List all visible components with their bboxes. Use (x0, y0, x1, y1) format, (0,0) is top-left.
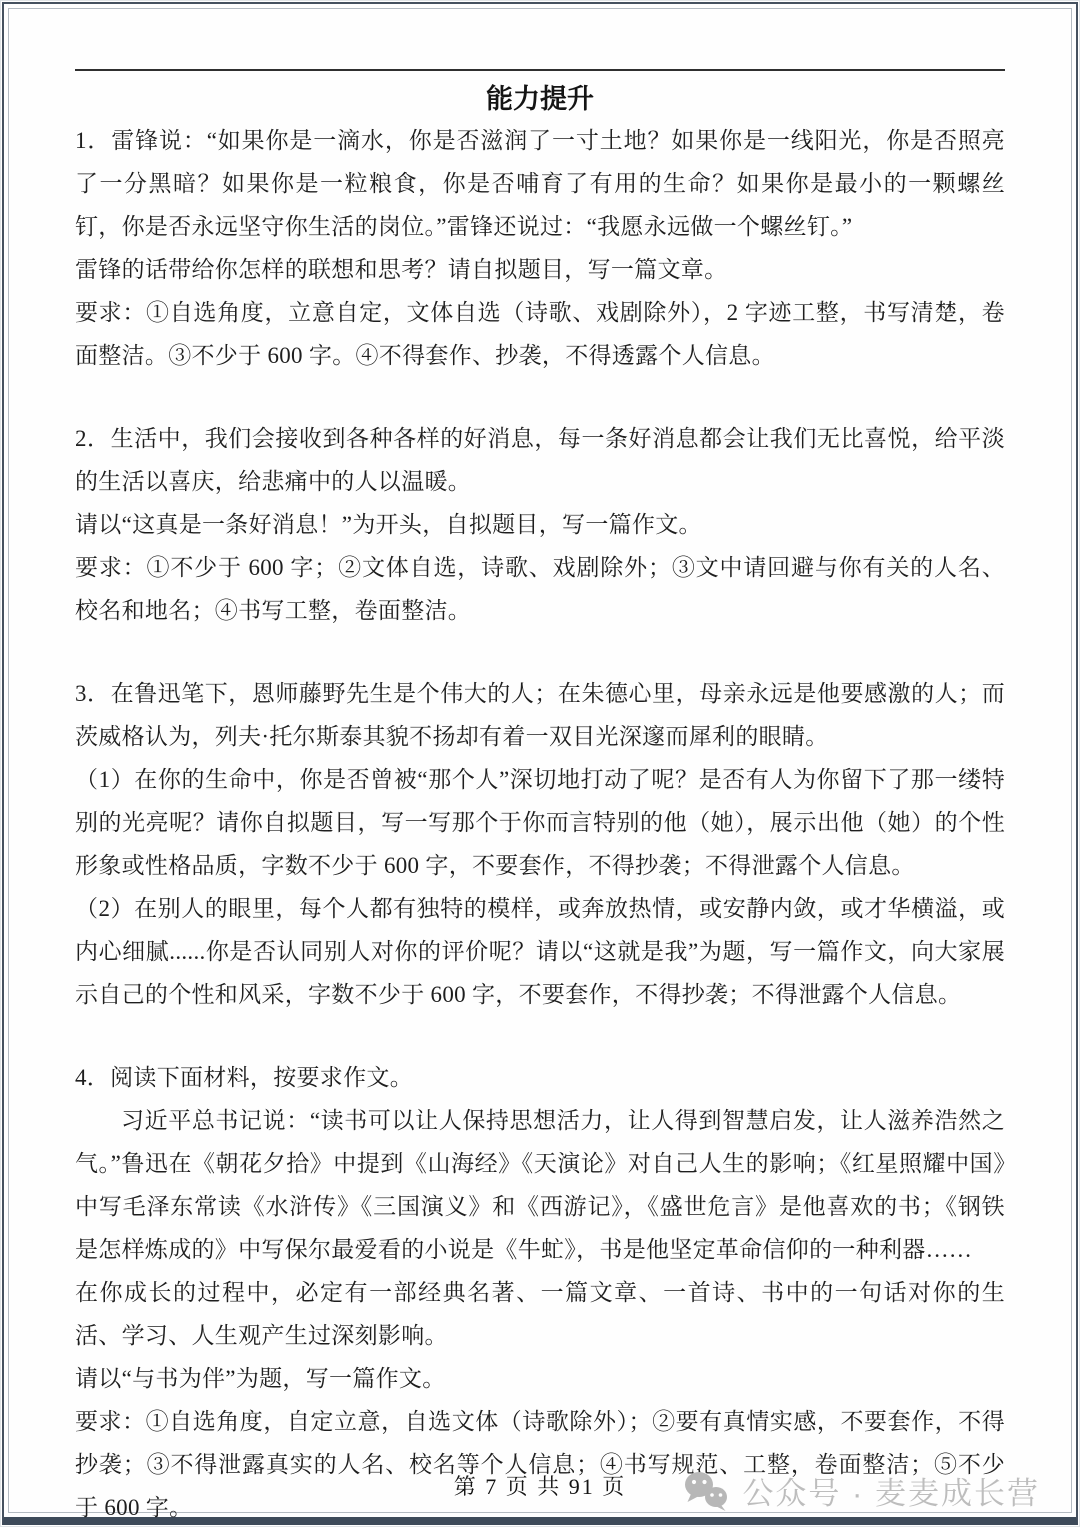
question-1-requirements: 要求：①自选角度，立意自定，文体自选（诗歌、戏剧除外），2 字迹工整，书写清楚，… (75, 291, 1005, 377)
question-3-subtask-1: （1）在你的生命中，你是否曾被“那个人”深切地打动了呢？是否有人为你留下了那一缕… (75, 758, 1005, 887)
body-text: 1．雷锋说：“如果你是一滴水，你是否滋润了一寸土地？如果你是一线阳光，你是否照亮… (75, 119, 1005, 1527)
question-4-task: 请以“与书为伴”为题，写一篇作文。 (75, 1357, 1005, 1400)
question-4-context: 在你成长的过程中，必定有一部经典名著、一篇文章、一首诗、书中的一句话对你的生活、… (75, 1271, 1005, 1357)
question-2-prompt: 2．生活中，我们会接收到各种各样的好消息，每一条好消息都会让我们无比喜悦，给平淡… (75, 417, 1005, 503)
question-2-requirements: 要求：①不少于 600 字；②文体自选，诗歌、戏剧除外；③文中请回避与你有关的人… (75, 546, 1005, 632)
question-3-prompt: 3．在鲁迅笔下，恩师藤野先生是个伟大的人；在朱德心里，母亲永远是他要感激的人；而… (75, 672, 1005, 758)
watermark: 公众号 · 麦麦成长营 (682, 1468, 1040, 1513)
document-page: 能力提升 1．雷锋说：“如果你是一滴水，你是否滋润了一寸土地？如果你是一线阳光，… (0, 0, 1080, 1527)
watermark-label: 公众号 · 麦麦成长营 (742, 1468, 1040, 1513)
question-1-task: 雷锋的话带给你怎样的联想和思考？请自拟题目，写一篇文章。 (75, 248, 1005, 291)
question-4-material: 习近平总书记说：“读书可以让人保持思想活力，让人得到智慧启发，让人滋养浩然之气。… (75, 1099, 1005, 1271)
question-1-prompt: 1．雷锋说：“如果你是一滴水，你是否滋润了一寸土地？如果你是一线阳光，你是否照亮… (75, 119, 1005, 248)
section-title: 能力提升 (75, 82, 1005, 116)
question-4-prompt: 4．阅读下面材料，按要求作文。 (75, 1056, 1005, 1099)
question-3-subtask-2: （2）在别人的眼里，每个人都有独特的模样，或奔放热情，或安静内敛，或才华横溢，或… (75, 887, 1005, 1016)
question-2-task: 请以“这真是一条好消息！”为开头，自拟题目，写一篇作文。 (75, 503, 1005, 546)
page-content: 能力提升 1．雷锋说：“如果你是一滴水，你是否滋润了一寸土地？如果你是一线阳光，… (75, 0, 1005, 1527)
wechat-icon (682, 1470, 730, 1512)
header-rule (75, 69, 1005, 71)
